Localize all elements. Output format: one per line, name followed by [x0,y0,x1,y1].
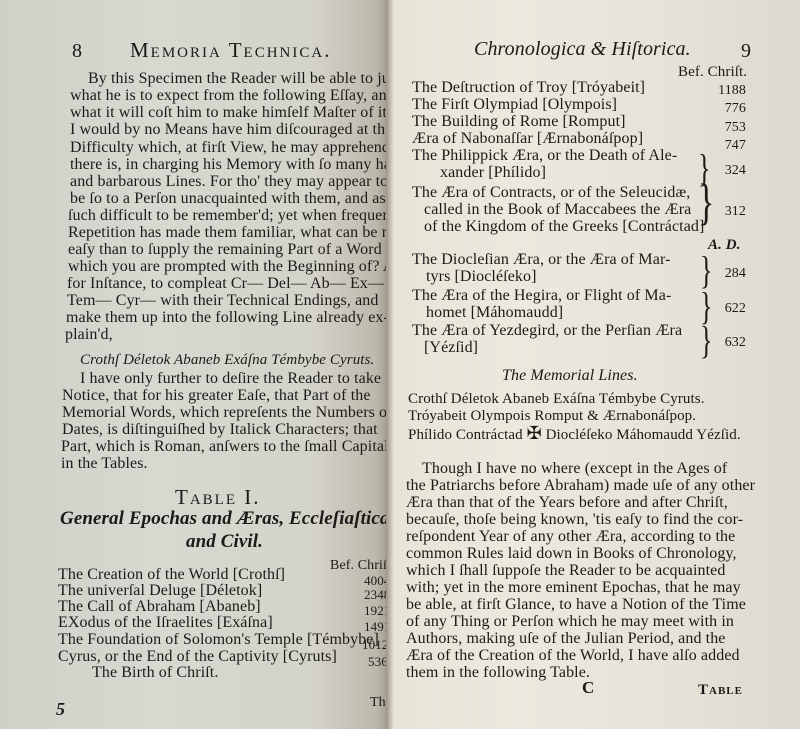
table-row-event: EXodus of the Iſraelites [Exáſna] [58,614,273,632]
text-line: reſpondent Year of any other Æra, accord… [406,528,735,546]
text-line: with; yet in the more eminent Epochas, t… [406,579,741,597]
left-page: 8 Memoria Technica. By this Specimen the… [0,0,392,729]
text-line: I would by no Means have him diſcouraged… [70,121,392,139]
table-row-year: 1012 [362,636,388,654]
cross-icon: ✠ [527,423,542,443]
table-row-year: 622 [696,300,746,318]
table-row-event: The Foundation of Solomon's Temple [Témb… [58,631,379,649]
text-line: Dates, is diſtinguiſhed by Italick Chara… [62,421,378,439]
text-line: I have only further to deſire the Reader… [80,370,381,388]
text-line: be ſo to a Perſon unacquainted with them… [70,190,386,208]
table-row-event: Æra of Nabonaſſar [Ærnabonáſpop] [412,130,643,148]
text-line: Authors, making uſe of the Julian Period… [406,630,726,648]
table-row-event: called in the Book of Maccabees the Æra [424,201,691,219]
text-line: what it will coſt him to make himſelf Ma… [70,104,391,122]
memorial-line: Crothſ Déletok Abaneb Exáſna Témbybe Cyr… [408,390,705,408]
birth-of-christ: The Birth of Chriſt. [92,664,218,682]
text-line: eaſy than to ſupply the remaining Part o… [68,241,382,259]
table-row-event: The Æra of Contracts, or of the Seleucid… [412,184,690,202]
table-subtitle: and Civil. [186,533,263,551]
column-header-bc: Bef. Chriſt. [678,63,747,81]
text-line: common Rules laid down in Books of Chron… [406,545,737,563]
text-line: of any Thing or Perſon which he may meet… [406,613,734,631]
memorial-line: Tróyabeit Olympois Romput & Ærnabonáſpop… [408,407,696,425]
table-row-year: 776 [696,100,746,118]
table-row-event: The Firſt Olympiad [Olympois] [412,96,617,114]
table-row-event: The Philippick Æra, or the Death of Ale- [412,147,677,165]
signature-mark: 5 [56,700,65,718]
text-line: Notice, that for his greater Eaſe, that … [62,387,371,405]
memorial-line-part: Phílido Contráctad [408,427,523,443]
text-line: Æra of the Creation of the World, I have… [406,647,740,665]
text-line: becauſe, thoſe being known, 'tis eaſy to… [406,511,743,529]
table-title: Table I. [175,488,260,506]
text-line: them in the following Table. [406,664,590,682]
text-line: the Patriarchs before Abraham) made uſe … [406,477,755,495]
table-row-year: 536 [368,653,388,671]
signature-mark: C [582,679,594,697]
table-row-event: The Æra of Yezdegird, or the Perſian Æra [412,322,682,340]
table-row-year: 312 [696,203,746,221]
table-row-event: The Building of Rome [Romput] [412,113,626,131]
table-row-event: [Yézſid] [424,339,478,357]
memorial-line-part: Diocléſeko Máhomaudd Yézſid. [546,427,741,443]
text-line: Repetition has made them familiar, what … [68,224,392,242]
catchword: Table [698,681,743,699]
text-line: Difficulty which, at firſt View, he may … [70,139,390,157]
text-line: make them up into the following Line alr… [66,309,389,327]
right-page: Chronologica & Hiſtorica. 9 Bef. Chriſt.… [396,0,800,729]
text-line: plain'd, [65,326,113,344]
column-header-ad: A. D. [708,236,741,254]
text-line: in the Tables. [61,455,148,473]
memorial-heading: The Memorial Lines. [502,367,638,385]
table-row-year: 284 [696,265,746,283]
table-row-year: 1188 [696,82,746,100]
table-row-event: The Diocleſian Æra, or the Æra of Mar- [412,251,671,269]
text-line: which I ſhall ſuppoſe the Reader to be a… [406,562,725,580]
right-page-number: 9 [741,42,751,60]
memorial-line: Phílido Contráctad ✠ Diocléſeko Máhomaud… [408,424,741,444]
right-running-head: Chronologica & Hiſtorica. [474,40,691,58]
text-line: be able, at firſt Glance, to have a Noti… [406,596,746,614]
table-row-event: tyrs [Diocléſeko] [426,268,537,286]
text-line: and barbarous Lines. For tho' they may a… [70,173,388,191]
text-line: Tem— Cyr— with their Technical Endings, … [67,292,378,310]
text-line: for Inſtance, to compleat Cr— Del— Ab— E… [67,275,384,293]
text-line: By this Specimen the Reader will be able… [88,70,392,88]
table-row-event: The Æra of the Hegira, or Flight of Ma- [412,287,671,305]
table-subtitle: General Epochas and Æras, Eccleſiaſtical [60,510,392,528]
table-row-year: 753 [696,119,746,137]
text-line: ſuch difficult to be remember'd; yet whe… [68,207,392,225]
table-row-event: The Deſtruction of Troy [Tróyabeit] [412,79,645,97]
text-line: Part, which is Roman, anſwers to the ſma… [61,438,392,456]
text-line: there is, in charging his Memory with ſo… [70,156,392,174]
left-page-number: 8 [72,42,82,60]
table-row-year: 632 [696,334,746,352]
text-line: Æra than that of the Years before and af… [406,494,728,512]
left-memorial-line: Crothſ Déletok Abaneb Exáſna Témbybe Cyr… [80,351,374,369]
left-running-head: Memoria Technica. [130,41,331,59]
text-line: Though I have no where (except in the Ag… [422,460,727,478]
table-row-event: of the Kingdom of the Greeks [Contráctad… [424,218,704,236]
table-row-event: homet [Máhomaudd] [426,304,563,322]
text-line: which you are prompted with the Beginnin… [68,258,392,276]
table-row-event: xander [Phílido] [440,164,546,182]
text-line: Memorial Words, which repreſents the Num… [62,404,392,422]
text-line: what he is to expect from the following … [70,87,392,105]
